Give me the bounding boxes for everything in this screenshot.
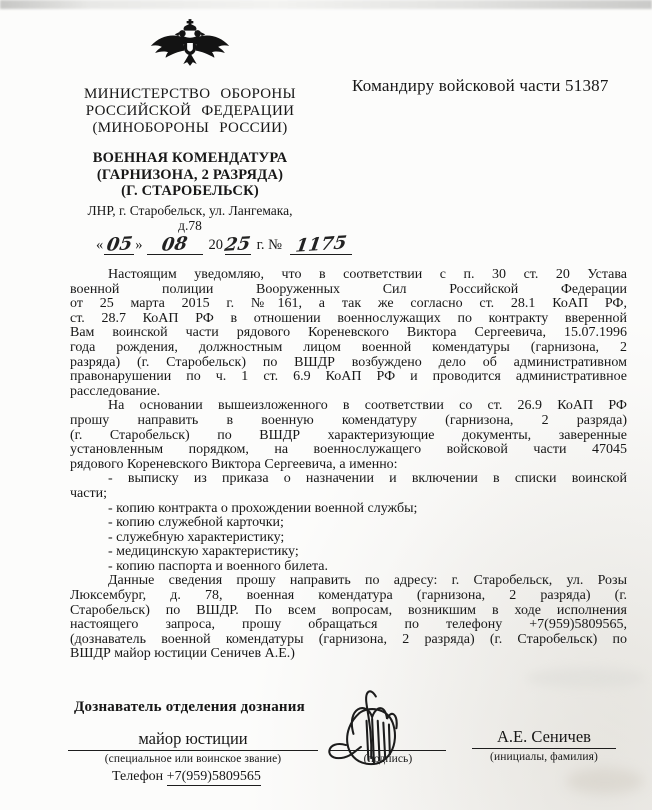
rank-value: майор юстиции — [68, 727, 318, 750]
name-column: А.Е. Сеничев (инициалы, фамилия) — [472, 725, 616, 763]
unit-address-block: ЛНР, г. Старобельск, ул. Лангемака, д.78 — [28, 203, 352, 234]
body-line: от 25 марта 2015 г. №161, а так же согла… — [70, 297, 627, 312]
handwritten-month-value: 08 — [160, 233, 188, 256]
handwritten-signature-icon — [318, 684, 430, 780]
quote-open: « — [96, 237, 103, 253]
phone-number: +7(959)5809565 — [167, 769, 261, 786]
name-caption: (инициалы, фамилия) — [472, 749, 616, 763]
body-line: На основании вышеизложенного в соответст… — [70, 399, 627, 414]
paragraph-2: На основании вышеизложенного в соответст… — [70, 399, 627, 472]
rank-caption: (специальное или воинское звание) — [68, 751, 318, 765]
list-item: - копию служебной карточки; — [70, 516, 627, 531]
phone-label: Телефон — [112, 769, 163, 784]
paragraph-1: Настоящим уведомляю, что в соответствии … — [70, 268, 627, 399]
unit-name-block: ВОЕННАЯ КОМЕНДАТУРА (ГАРНИЗОНА, 2 РАЗРЯД… — [28, 150, 352, 200]
list-item: - копию контракта о прохождении военной … — [70, 502, 627, 517]
list-item: - копию паспорта и военного билета. — [70, 560, 627, 575]
year-prefix: 20 — [209, 237, 224, 253]
list-item: части; — [70, 487, 627, 502]
handwritten-doc-number-value: 1175 — [294, 232, 348, 256]
list-item: - медицинскую характеристику; — [70, 545, 627, 560]
letterhead-block: МИНИСТЕРСТВО ОБОРОНЫ РОССИЙСКОЙ ФЕДЕРАЦИ… — [28, 86, 352, 234]
ministry-name-line: РОССИЙСКОЙ ФЕДЕРАЦИИ — [28, 103, 352, 120]
paragraph-3: Данные сведения прошу направить по адрес… — [70, 574, 627, 662]
body-line: Старобельск) по ВШДР. По всем вопросам, … — [70, 604, 627, 619]
date-and-number-line: «05»082025 г. №1175 — [96, 233, 352, 255]
letter-body: Настоящим уведомляю, что в соответствии … — [70, 268, 627, 662]
body-line: рядового Кореневского Виктора Сергеевича… — [70, 458, 627, 473]
body-line: настоящего запроса, прошу обращаться по … — [70, 618, 627, 633]
document-list: - выписку из приказа о назначении и вклю… — [70, 472, 627, 574]
scan-artifact-top-edge — [0, 0, 652, 9]
ministry-name-line: (МИНОБОРОНЫ РОССИИ) — [28, 120, 352, 137]
body-line: прошу направить в военную комендатуру (г… — [70, 414, 627, 429]
unit-name-line: (Г. СТАРОБЕЛЬСК) — [28, 183, 352, 200]
body-line: военной полиции Вооруженных Сил Российск… — [70, 283, 627, 298]
body-line: года рождения, должностным лицом военной… — [70, 341, 627, 356]
ministry-name-line: МИНИСТЕРСТВО ОБОРОНЫ — [28, 86, 352, 103]
scan-artifact-smudge — [566, 768, 644, 794]
handwritten-day-value: 05 — [105, 233, 133, 256]
body-line: расследование. — [70, 385, 627, 400]
handwritten-year-value: 25 — [224, 233, 252, 256]
address-line: д.78 — [28, 218, 352, 234]
body-line: Настоящим уведомляю, что в соответствии … — [70, 268, 627, 283]
signer-name: А.Е. Сеничев — [472, 725, 616, 748]
quote-close: » — [135, 237, 142, 253]
body-line: (г. Старобельск) по ВШДР характеризующие… — [70, 429, 627, 444]
body-line: разряда) (г. Старобельск) по ВШДР возбуж… — [70, 356, 627, 371]
body-line: ВШДР майор юстиции Сеничев А.Е.) — [70, 647, 627, 662]
body-line: правонарушении по ч. 1 ст. 6.9 КоАП РФ и… — [70, 370, 627, 385]
unit-name-line: ВОЕННАЯ КОМЕНДАТУРА — [28, 150, 352, 167]
address-line: ЛНР, г. Старобельск, ул. Лангемака, — [28, 203, 352, 219]
year-suffix: г. № — [257, 237, 282, 253]
phone-line: Телефон +7(959)5809565 — [112, 769, 261, 785]
addressee-line: Командиру войсковой части 51387 — [352, 76, 609, 96]
signature-section-title: Дознаватель отделения дознания — [74, 699, 305, 716]
rank-signature-column: майор юстиции (специальное или воинское … — [68, 727, 318, 765]
body-line: (дознаватель военной комендатуры (гарниз… — [70, 633, 627, 648]
body-line: Данные сведения прошу направить по адрес… — [70, 574, 627, 589]
body-line: установленным порядком, на военнослужаще… — [70, 443, 627, 458]
russia-mod-double-eagle-icon — [147, 18, 233, 68]
body-line: Вам воинской части рядового Кореневского… — [70, 326, 627, 341]
list-item: - выписку из приказа о назначении и вклю… — [70, 472, 627, 487]
unit-name-line: (ГАРНИЗОНА, 2 РАЗРЯДА) — [28, 167, 352, 184]
body-line: Люксембург, д. 78, военная комендатура (… — [70, 589, 627, 604]
scanned-document-page: МИНИСТЕРСТВО ОБОРОНЫ РОССИЙСКОЙ ФЕДЕРАЦИ… — [0, 0, 652, 810]
scan-artifact-smudge — [526, 668, 646, 688]
body-line: ст. 28.7 КоАП РФ в отношении военнослужа… — [70, 312, 627, 327]
list-item: - служебную характеристику; — [70, 531, 627, 546]
